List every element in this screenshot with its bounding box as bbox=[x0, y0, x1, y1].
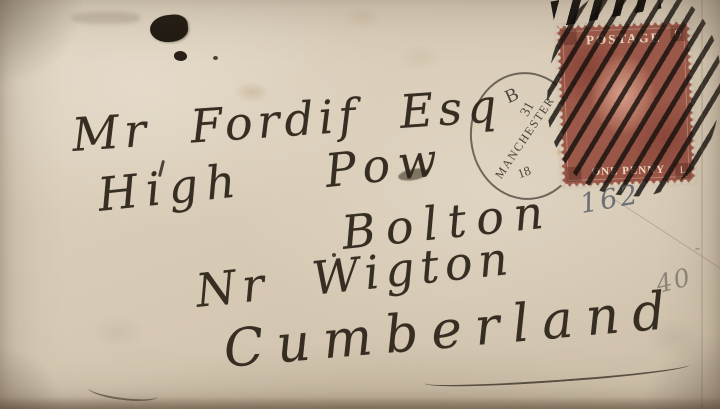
datestamp-index-letter: B bbox=[502, 84, 523, 109]
ink-speck bbox=[213, 56, 218, 60]
datestamp-year: 18 bbox=[515, 163, 533, 182]
ink-blot-dot bbox=[174, 51, 187, 61]
paper-crease-vertical bbox=[701, 0, 703, 409]
faint-pencil-smudge bbox=[72, 12, 140, 24]
envelope-bottom-edge bbox=[0, 397, 720, 409]
envelope-scan: B 31 MANCHESTER 18 POSTAGE ONE PENNY O L… bbox=[0, 0, 720, 409]
